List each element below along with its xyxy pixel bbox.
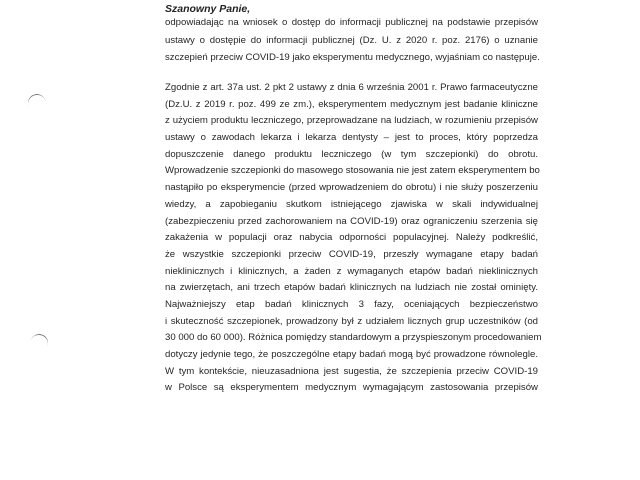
text-line: ustawy o zawodach lekarza i lekarza dent… (165, 130, 538, 147)
text-line: odpowiadając na wniosek o dostęp do info… (165, 14, 538, 32)
text-line: Najważniejszy etap badań klinicznych 3 f… (165, 297, 538, 314)
scanned-letter-page: Szanowny Panie, odpowiadając na wniosek … (0, 0, 640, 480)
text-line: i skuteczność szczepionek, prowadzony by… (165, 314, 538, 331)
text-line: na zwierzętach, ani trzech etapów badań … (165, 280, 538, 297)
text-line: w Polsce są eksperymentem medycznym wyma… (165, 380, 538, 397)
text-line: Wprowadzenie szczepionki do masowego sto… (165, 163, 538, 180)
text-line: (zabezpieczeniu przed zachorowaniem na C… (165, 214, 538, 231)
paragraph-explanation: Zgodnie z art. 37a ust. 2 pkt 2 ustawy z… (165, 80, 538, 397)
text-line: nieklinicznych i klinicznych, a żaden z … (165, 264, 538, 281)
punch-hole-mark (27, 331, 50, 355)
text-line: zakażenia w populacji oraz nabycia odpor… (165, 230, 538, 247)
text-line: nastąpiło po eksperymencie (przed wprowa… (165, 180, 538, 197)
text-line: (Dz.U. z 2019 r. poz. 499 ze zm.), ekspe… (165, 97, 538, 114)
text-line: z użyciem produktu leczniczego, przeprow… (165, 113, 538, 130)
text-line: wiedzy, a zapobieganiu skutkom istniejąc… (165, 197, 538, 214)
text-line: dotyczy jedynie tego, że poszczególne et… (165, 347, 538, 364)
text-line: ustawy o dostępie do informacji publiczn… (165, 32, 538, 50)
paragraph-intro: odpowiadając na wniosek o dostęp do info… (165, 14, 538, 67)
text-line: Zgodnie z art. 37a ust. 2 pkt 2 ustawy z… (165, 80, 538, 97)
text-line: szczepień przeciw COVID-19 jako eksperym… (165, 49, 538, 67)
text-line: W tym kontekście, nieuzasadniona jest su… (165, 364, 538, 381)
text-line: dopuszczenie danego produktu leczniczego… (165, 147, 538, 164)
text-line: że wszystkie szczepionki przeciw COVID-1… (165, 247, 538, 264)
text-line: 30 000 do 60 000). Różnica pomiędzy stan… (165, 330, 538, 347)
punch-hole-mark (26, 92, 48, 115)
